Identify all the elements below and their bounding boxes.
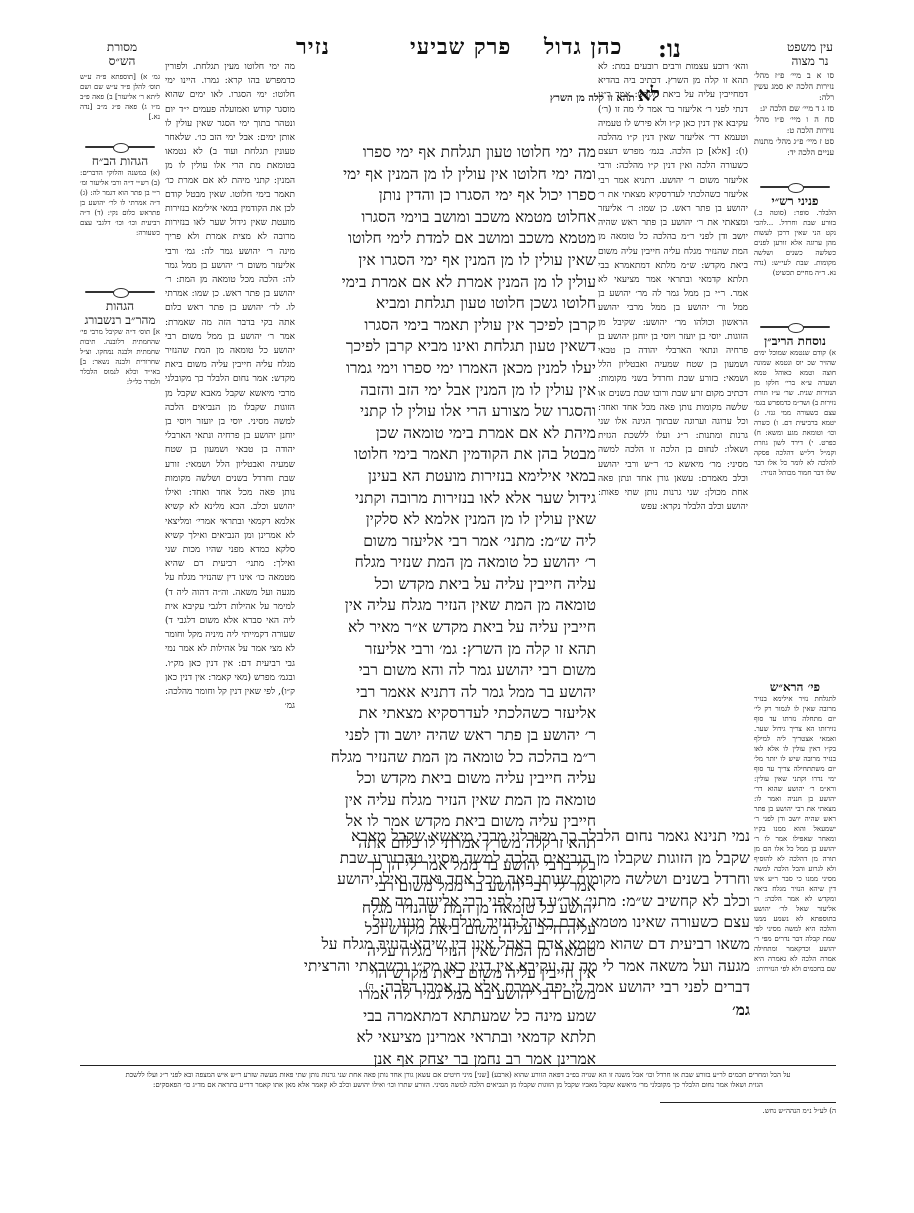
gemara-wide-line: נמי תנינא גאמר נחום הלבלר כך מקובלני מרב…	[300, 826, 750, 848]
gemara-wide-line: עצם כשעורה שאינו מטמא אדם באהל הנזיר מגל…	[300, 912, 750, 934]
gemara-line: אחלוט מטמא משכב ומושב בוימי הסגרו	[300, 207, 596, 229]
gemara-line: ר״מ בהלכה כל טומאה מן המת שהנזיר מגלח	[300, 747, 596, 769]
hagahot-maharab-title-2: מהר״ב רנשבורג	[80, 313, 160, 327]
gemara-closing: גמ׳	[300, 999, 750, 1021]
gemara-wide-block: נמי תנינא גאמר נחום הלבלר כך מקובלני מרב…	[300, 826, 750, 1020]
gemara-line: קרבן לפיכך אין עולין תאמר בימי הסגרו	[300, 315, 596, 337]
hagahot-habach-box: הגהות הב״ח (א) במשנה והלוקי הדברים: (ב) …	[80, 140, 160, 238]
tractate-title: נזיר	[296, 34, 330, 60]
gemara-line: והסגרו של מצורע הרי אלו עולין לו קתני	[300, 401, 596, 423]
masoret-title-line2: הש״ס	[92, 54, 152, 68]
gemara-wide-line: משאו רביעית דם שהוא מטמא אדם באהל אינו ד…	[300, 934, 750, 956]
gemara-line: ר׳ יהושע כל טומאה מן המת שנזיר מגלח	[300, 552, 596, 574]
gemara-line: מבטל בהן את הקודמין תאמר בימי חלוטו	[300, 444, 596, 466]
rosh-box: פי׳ הרא״ש לתגלחת נזיר אילימא בנזיר מרובה…	[754, 680, 836, 1039]
gemara-line: טומאה מן המת שאין הנזיר מגלח עליה אין	[300, 790, 596, 812]
ein-mishpat-title: עין משפט נר מצוה	[770, 40, 850, 68]
gemara-line: עליה חייבין עליה על ביאת מקדש וכל	[300, 574, 596, 596]
ein-mishpat-entry: סט ז מיי׳ פ״ג מהל׳ מתנות עניים הלכה יד:	[754, 136, 834, 158]
masoret-title-line1: מסורת	[92, 40, 152, 54]
ornament-divider	[85, 146, 155, 148]
hagahot-habach-text: (א) במשנה והלוקי הדברים: (ב) רש״י ד״ה ור…	[80, 168, 160, 238]
ornament-divider	[760, 186, 830, 188]
gemara-line: אליעזר כשהלכתי לעדרסקיא מצאתי את	[300, 703, 596, 725]
rashi-commentary: והא׳ רובע עצמות ורבים רובעים במת: לא תהא…	[598, 60, 748, 960]
rosh-title: פי׳ הרא״ש	[754, 680, 836, 694]
footnote-divider	[660, 1102, 836, 1103]
ein-mishpat-entries: סו א ב מיי׳ פ״ז מהל׳ נזירות הלכה יא סמג …	[754, 70, 834, 158]
chapter-name: כהן גדול	[544, 34, 622, 60]
masoret-hashas-text: גמ׳ א) [תוספתא פ״ה ע״ש תוס׳ להלן פ״ד ע״ש…	[80, 72, 160, 122]
nuschat-harivan-box: נוסחת הריב״ן א) קודם שנטמא שמוכל ימים שה…	[754, 320, 836, 478]
bottom-note-line: הגזית ושאלו אמר נחום הלבלר כך מקובלני מר…	[80, 1080, 836, 1090]
gemara-wide-line: מגעה ועל משאה אמר לי מה זה עקיבא אין דני…	[300, 956, 750, 978]
tosafot-commentary: מה ימי חלוטו מעין תגלחת. ולפורין כדמפרש …	[165, 60, 295, 1065]
hagahot-maharab-box: הגהות מהר״ב רנשבורג א] תוס׳ ד״ה שקיבל מר…	[80, 285, 160, 387]
gemara-line: משום רבי יהושע גמר לה והא משום רבי	[300, 660, 596, 682]
gemara-last-line: דברים לפני רבי יהושע אמר לי יפה אמרת אלא…	[300, 977, 750, 999]
masoret-hashas-title: מסורת הש״ס	[92, 40, 152, 68]
gemara-line: מה ימי חלוטו טעון תגלחת אף ימי ספרו	[300, 142, 596, 164]
tosafot-text: מה ימי חלוטו מעין תגלחת. ולפורין כדמפרש …	[165, 62, 295, 711]
perek-title: פרק שביעי	[410, 34, 511, 60]
gemara-line: ליה ש״מ: מתני׳ אמר רבי אליעזר משום	[300, 531, 596, 553]
bottom-note-line: על הכל ומחרים חכמים לר״ע בזורע שבת או חר…	[80, 1070, 836, 1080]
ein-mishpat-title-line1: עין משפט	[770, 40, 850, 54]
gemara-line: ר׳ יהושע בן פתר ראש שהיה יושב ודן לפני	[300, 725, 596, 747]
gemara-line: מטמא משכב ומושב אם למדת לימי חלוטו	[300, 228, 596, 250]
nuschat-harivan-text: א) קודם שנטמא שמוכל ימים שהזיר שכ יוס ונ…	[754, 348, 836, 478]
gemara-line: תלתא קדמאי ובתראי אמרינן מציעאי לא	[300, 1027, 596, 1049]
gemara-line: יהושע בר ממל גמר לה דתניא אאמר רבי	[300, 682, 596, 704]
gemara-line: ומה ימי חלוטו אין עולין לו מן המנין אף י…	[300, 164, 596, 186]
footnote: ה) לע״ל נ״מ הנהה״ש נחש.	[660, 1106, 836, 1116]
gemara-line: עולין לו מן המנין אמרת לא אם אמרת בימי	[300, 272, 596, 294]
gemara-wide-line: וחרדל בשנים ושלשה מקומות שנותן פאה מכל א…	[300, 869, 750, 891]
gemara-wide-line: דברים לפני רבי יהושע אמר לי יפה אמרת אלא…	[380, 977, 750, 999]
pninei-rashi-title: פניני רש״י	[754, 194, 836, 208]
mishna-opening-word: לא	[638, 82, 660, 106]
note-marker: ה)	[365, 977, 374, 999]
ein-mishpat-entry: סו א ב מיי׳ פ״ז מהל׳ נזירות הלכה יא סמג …	[754, 70, 834, 103]
gemara-wide-line: וכלב לא קחשיב ש״מ: מתני׳ אר״ע דנתי לפני …	[300, 891, 750, 913]
hagahot-habach-title: הגהות הב״ח	[80, 154, 160, 168]
gemara-line: חייבין עליה על ביאת מקדש א״ר מאיר לא	[300, 617, 596, 639]
gemara-line: שאין עולין לו מן המנין אלמא לא סלקין	[300, 509, 596, 531]
gemara-line: במאי אילימא בנזירות מועטת הא בעינן	[300, 466, 596, 488]
gemara-line: אמרינן אמר רב נחמן בר יצחק אף אנן	[300, 1049, 596, 1071]
gemara-line: ספרו יכול אף ימי הסגרו כן והדין נותן	[300, 185, 596, 207]
gemara-line: דשאין טעון תגלחת ואינו מביא קרבן לפיכך	[300, 336, 596, 358]
gemara-line: אין עולין לו מן המנין אבל ימי הזב והזבה	[300, 380, 596, 402]
pninei-rashi-text: הלבלר. סופר: (סוטה כ.) בזורע שבת וחרדל. …	[754, 208, 836, 278]
pninei-rashi-box: פניני רש״י הלבלר. סופר: (סוטה כ.) בזורע …	[754, 180, 836, 278]
bottom-divider	[80, 1065, 836, 1066]
mishna-opening-rest: תהא זו קלה מן השרץ	[550, 93, 635, 104]
hagahot-maharab-title-1: הגהות	[80, 299, 160, 313]
nuschat-harivan-title: נוסחת הריב״ן	[754, 334, 836, 348]
gemara-line: שאין עולין לו מן המנין אף ימי הסגרו אין	[300, 250, 596, 272]
gemara-line: חלוטו גשכן חלוטו טעון תגלחת ומביא	[300, 293, 596, 315]
hagahot-maharab-text: א] תוס׳ ד״ה שקיבל מרבי פי׳ שהחמתית דלובנ…	[80, 327, 160, 387]
rosh-text: לתגלחת נזיר אילימא בנזיר מרובה שאין לו ל…	[754, 694, 836, 1039]
ein-mishpat-title-line2: נר מצוה	[770, 54, 850, 68]
gemara-wide-line: שקבל מן הזוגות שקבלו מן הנביאים הלכה למש…	[300, 848, 750, 870]
gemara-line: עליה חייבין עליה משום ביאת מקדש וכל	[300, 768, 596, 790]
mishna-opening: לא תהא זו קלה מן השרץ	[470, 82, 660, 107]
gemara-line: תהא זו קלה מן השרץ: גמ׳ ורבי אליעזר	[300, 639, 596, 661]
rashi-text: והא׳ רובע עצמות ורבים רובעים במת: לא תהא…	[598, 62, 748, 512]
ornament-divider	[760, 326, 830, 328]
ornament-divider	[85, 291, 155, 293]
ein-mishpat-entry: סז ג ד מיי׳ שם הלכה יג:	[754, 103, 834, 114]
gemara-line: גידול שער אלא לאו בנזירות מרובה וקתני	[300, 488, 596, 510]
gemara-line: טומאה מן המת שאין הנזיר מגלח עליה אין	[300, 595, 596, 617]
ein-mishpat-entry: סח ה ו מיי׳ פ״ו מהל׳ נזירות הלכה ט:	[754, 114, 834, 136]
bottom-notes: על הכל ומחרים חכמים לר״ע בזורע שבת או חר…	[80, 1070, 836, 1090]
gemara-line: יעלו למנין מכאן האמרו ימי ספרו וימי גמרו	[300, 358, 596, 380]
gemara-line: מיהת לא אם אמרת בימי טומאה שכן	[300, 423, 596, 445]
